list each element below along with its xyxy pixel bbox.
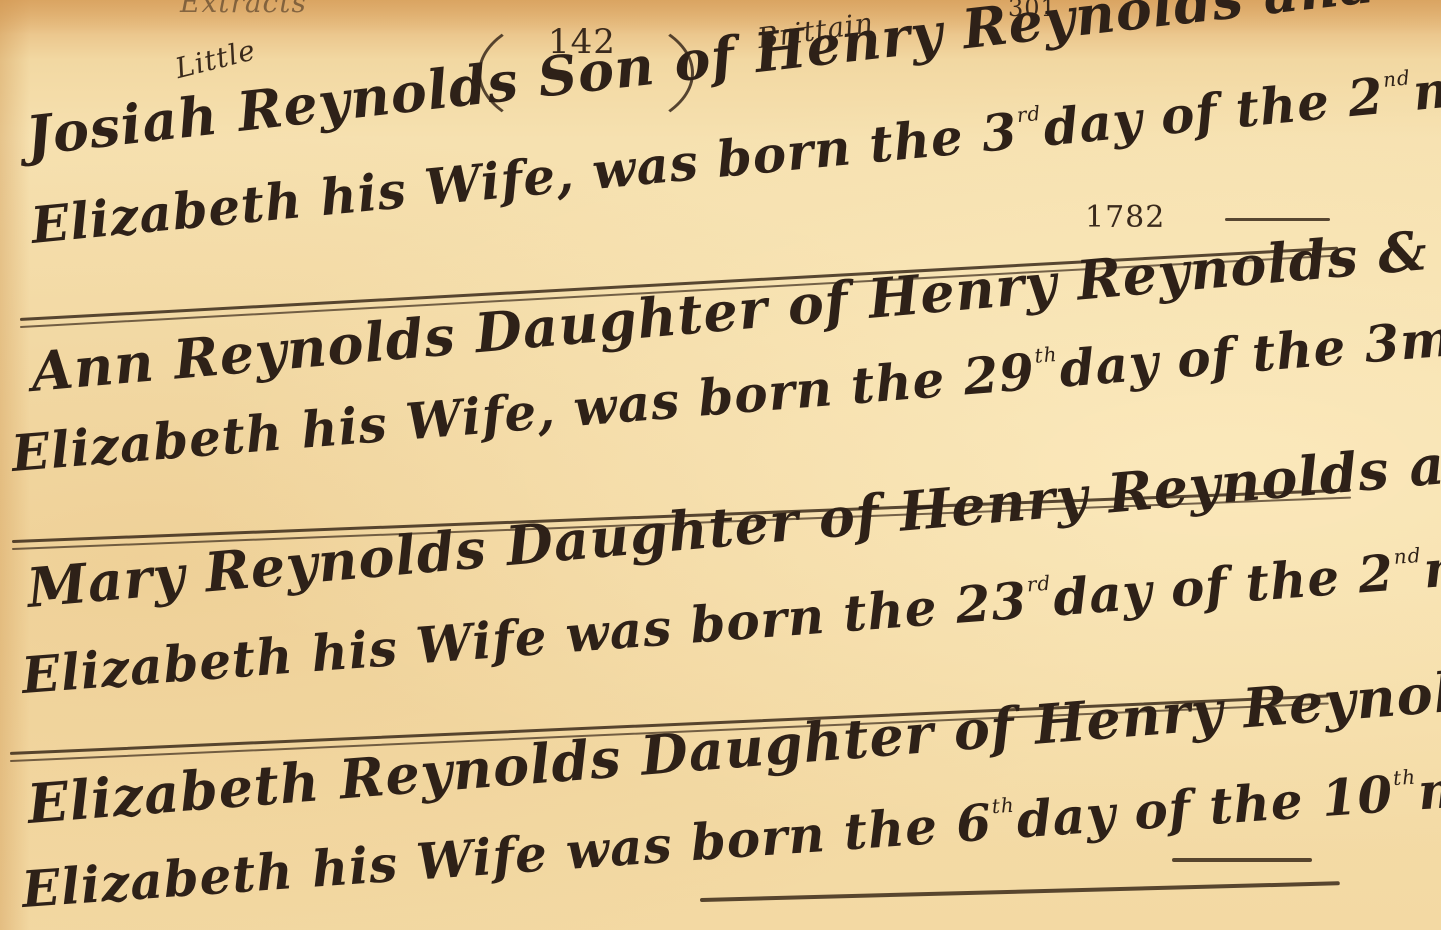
month-ordinal: nd (1393, 543, 1422, 569)
entry-text: day of the 10 (1015, 764, 1396, 849)
day-ordinal: rd (1026, 571, 1052, 597)
underline (1172, 858, 1312, 862)
annotation-little: Little (172, 33, 259, 85)
entry-date: mo: 1784 (1398, 291, 1441, 371)
entry-date: mo: 1787 (1421, 521, 1441, 600)
day-ordinal: rd (1016, 101, 1043, 127)
entry-date: mo: 1782 (1410, 37, 1441, 122)
margin-year-note: 1782 (1085, 200, 1165, 235)
month-ordinal: nd (1382, 65, 1412, 92)
month-ordinal: th (1392, 765, 1417, 791)
entry-date: mo: 1790 (1416, 744, 1441, 822)
entry-text: day of the 3 (1057, 312, 1402, 398)
entry-divider (700, 881, 1340, 902)
document-page: Extracts Little 142 Brittain 301 Josiah … (0, 0, 1441, 930)
day-ordinal: th (991, 793, 1016, 819)
entry-text: day of the 2 (1051, 543, 1396, 627)
day-ordinal: th (1034, 342, 1059, 368)
underline (1225, 218, 1330, 221)
top-partial-text: Extracts (180, 0, 307, 19)
entry-text: day of the 2 (1041, 66, 1387, 157)
